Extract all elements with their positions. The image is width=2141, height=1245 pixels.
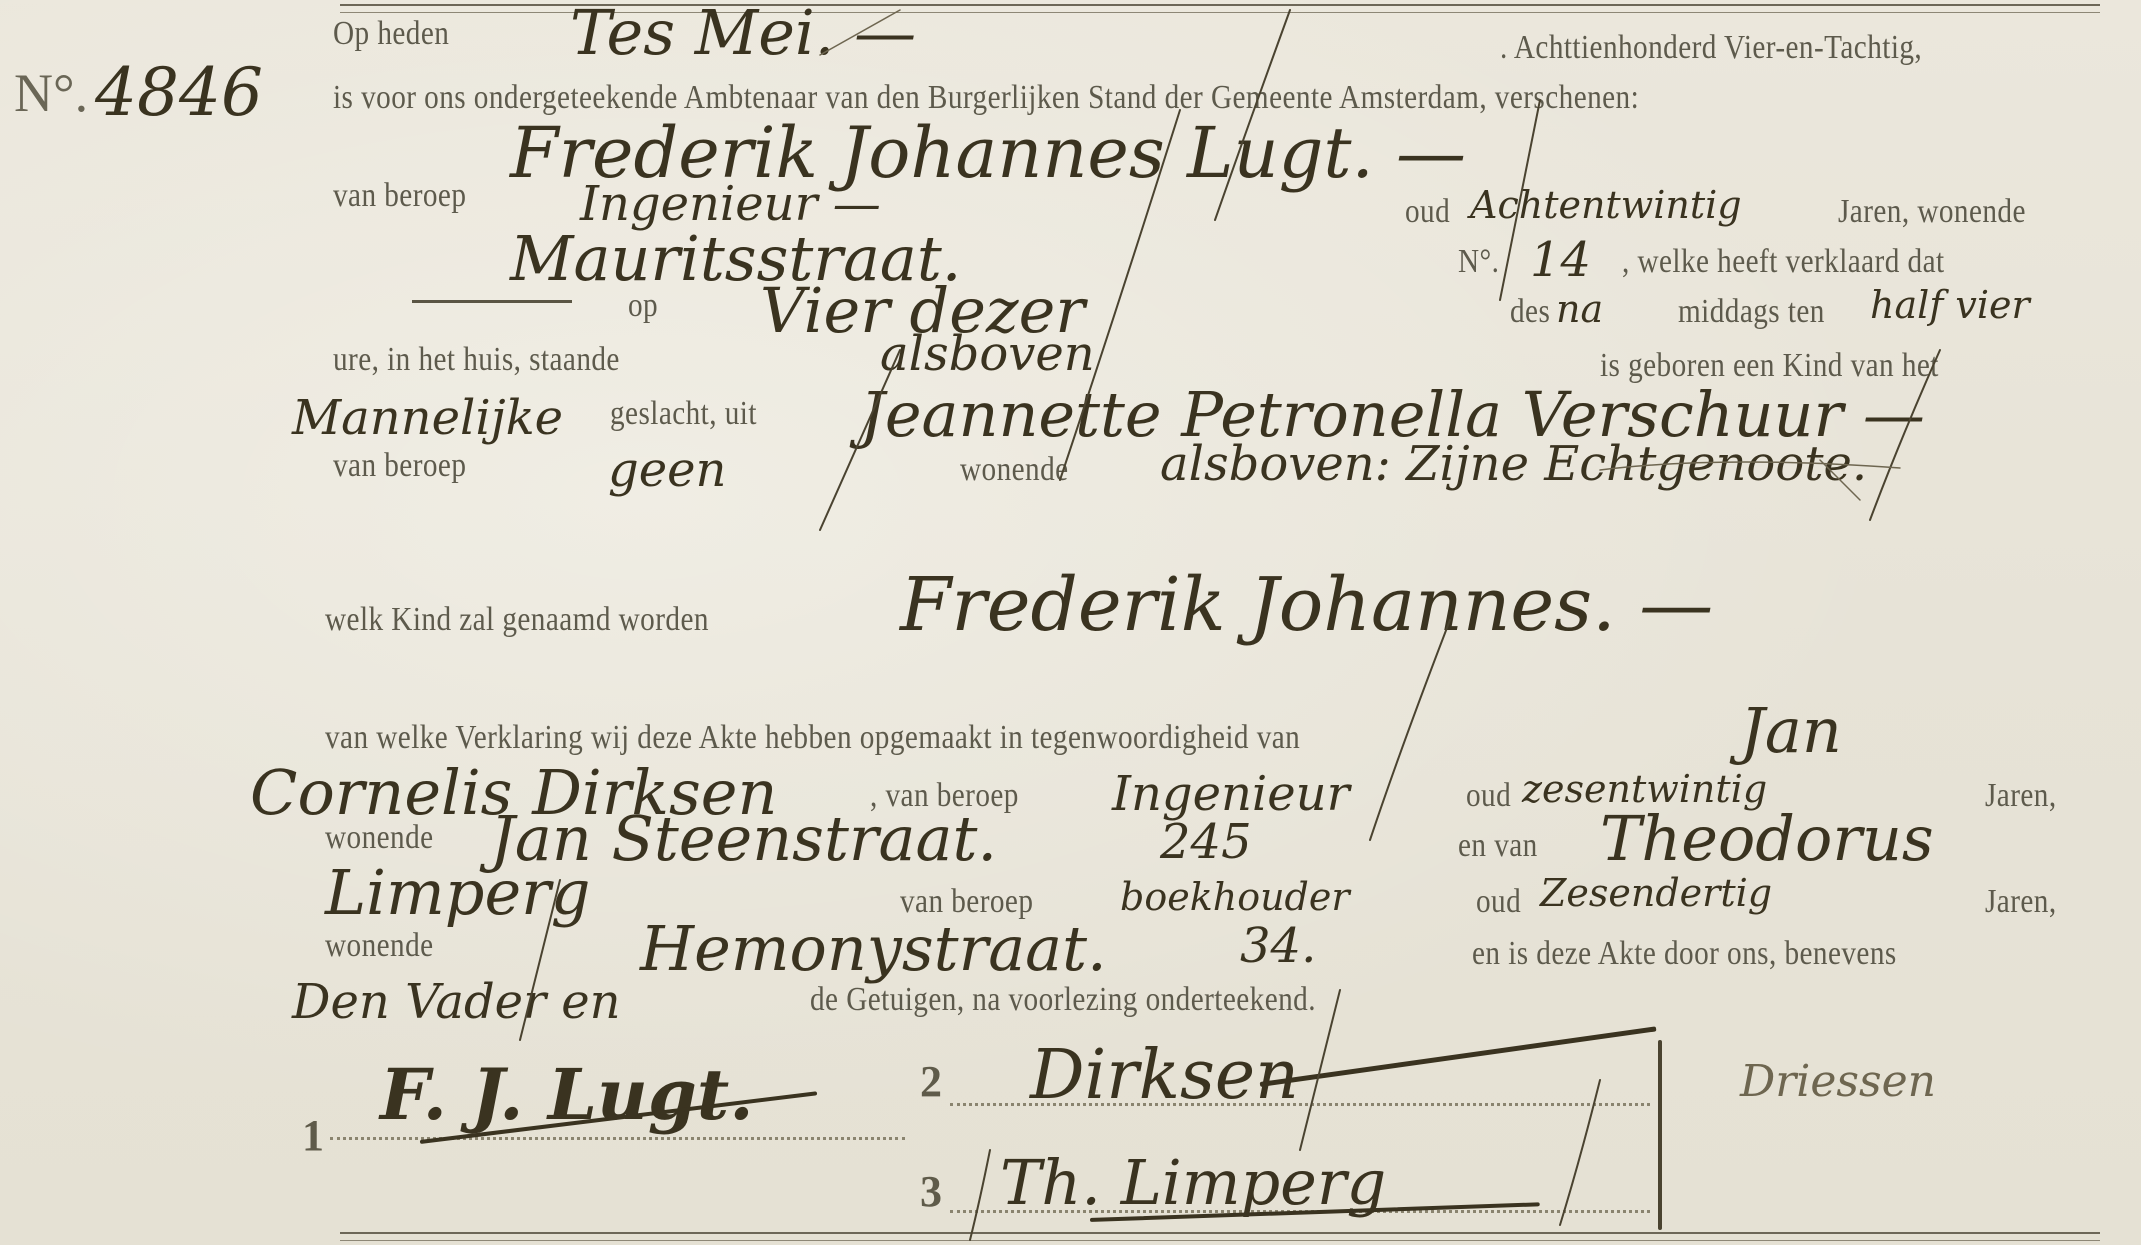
hw-witness2-last: Limperg: [325, 862, 591, 924]
printed-op: op: [628, 286, 658, 326]
hw-date: Tes Mei. —: [570, 2, 916, 64]
hw-mother-residence: alsboven: Zijne Echtgenoote.: [1160, 440, 1867, 488]
record-number-prefix: N°.: [14, 62, 88, 124]
bottom-rule-thin: [340, 1240, 2100, 1241]
signature-3: Th. Limperg: [1000, 1152, 1386, 1214]
hw-witness2-first: Theodorus: [1600, 808, 1934, 870]
printed-welke-heeft: , welke heeft verklaard dat: [1622, 242, 1945, 282]
hw-birth-place: alsboven: [880, 330, 1095, 378]
printed-en-van: en van: [1458, 826, 1538, 866]
printed-oud-2: oud: [1466, 776, 1511, 816]
signature-brace: [1658, 1040, 1662, 1230]
signature-number-2: 2: [920, 1056, 942, 1107]
signature-number-1: 1: [302, 1110, 324, 1161]
hw-margin-note: Den Vader en: [292, 978, 621, 1026]
hw-declarant-occupation: Ingenieur —: [580, 180, 881, 228]
printed-wonende-3: wonende: [325, 926, 434, 966]
hw-sex: Mannelijke: [292, 394, 563, 442]
signature-line-1: [330, 1137, 905, 1140]
signature-1: F. J. Lugt.: [380, 1060, 754, 1130]
hw-witness1-first: Jan: [1740, 700, 1842, 762]
printed-op-heden: Op heden: [333, 14, 449, 54]
printed-geslacht-uit: geslacht, uit: [610, 394, 757, 434]
printed-verklaring: van welke Verklaring wij deze Akte hebbe…: [325, 718, 1300, 758]
printed-jaren-1: Jaren,: [1985, 776, 2057, 816]
record-number: 4846: [95, 60, 263, 126]
printed-welk-kind: welk Kind zal genaamd worden: [325, 600, 709, 640]
hw-witness1-occupation: Ingenieur: [1112, 770, 1350, 818]
hw-declarant-age: Achtentwintig: [1470, 186, 1742, 224]
hw-declarant-house-no: 14: [1530, 236, 1591, 284]
printed-jaren-2: Jaren,: [1985, 882, 2057, 922]
printed-no-label: N°.: [1458, 242, 1499, 282]
printed-oud: oud: [1405, 192, 1450, 232]
printed-jaren-wonende: Jaren, wonende: [1838, 192, 2026, 232]
hw-witness1-house-no: 245: [1160, 818, 1252, 866]
hw-witness2-occupation: boekhouder: [1120, 878, 1350, 916]
printed-en-is-deze: en is deze Akte door ons, benevens: [1472, 934, 1897, 974]
hw-witness2-street: Hemonystraat.: [640, 918, 1107, 980]
official-signature: Driessen: [1740, 1060, 1936, 1104]
printed-middags-ten: middags ten: [1678, 292, 1825, 332]
printed-van-beroep-2: van beroep: [333, 446, 466, 486]
printed-des: des: [1510, 292, 1550, 332]
printed-wonende-2: wonende: [325, 818, 434, 858]
document-page: N°. 4846 Op heden Tes Mei. — . Achttienh…: [0, 0, 2141, 1245]
printed-ure-huis: ure, in het huis, staande: [333, 340, 620, 380]
signature-number-3: 3: [920, 1166, 942, 1217]
signature-2: Dirksen: [1030, 1042, 1299, 1110]
signature-2-flourish: [1260, 1026, 1657, 1087]
hw-witness2-house-no: 34.: [1240, 922, 1316, 970]
hw-mother-occupation: geen: [608, 446, 726, 494]
bottom-rule: [340, 1232, 2100, 1234]
printed-year: . Achttienhonderd Vier-en-Tachtig,: [1500, 28, 1922, 68]
hw-child-name: Frederik Johannes. —: [900, 568, 1713, 642]
printed-oud-3: oud: [1476, 882, 1521, 922]
hw-birth-hour: half vier: [1870, 286, 2030, 324]
printed-getuigen: de Getuigen, na voorlezing onderteekend.: [810, 980, 1316, 1020]
hw-witness2-age: Zesendertig: [1540, 874, 1772, 912]
printed-wonende-1: wonende: [960, 450, 1069, 490]
printed-van-beroep-1: van beroep: [333, 176, 466, 216]
hw-birth-time-suffix: na: [1556, 290, 1603, 328]
dash-rule: [412, 300, 572, 303]
